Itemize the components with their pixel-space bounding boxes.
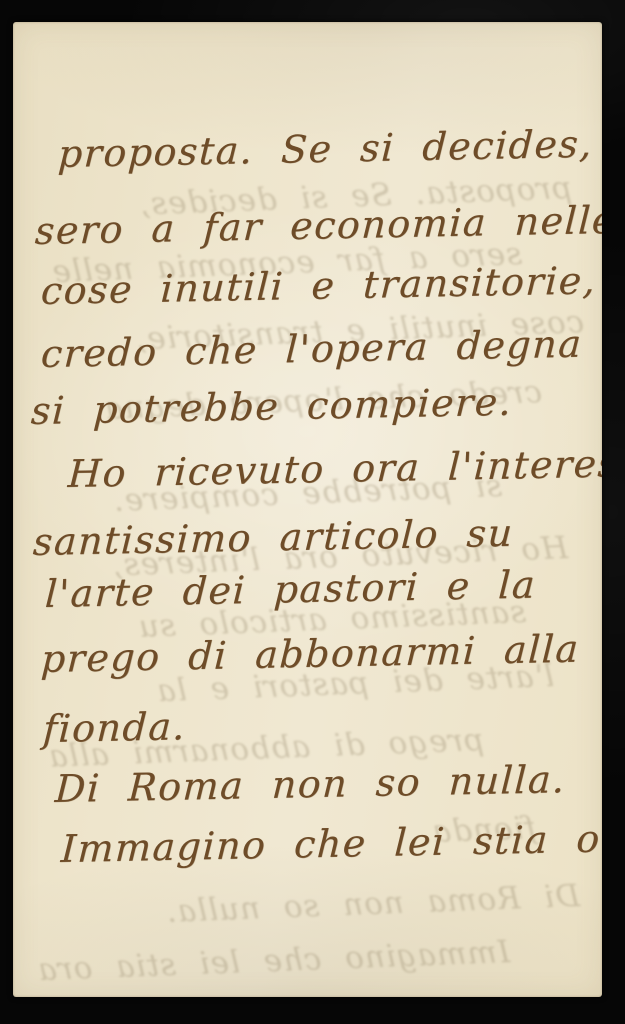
handwritten-line: l'arte dei pastori e la [44,563,537,616]
handwritten-line: Di Roma non so nulla. [54,757,567,811]
handwritten-line: credo che l'opera degna [40,322,584,376]
handwritten-line: prego di abbonarmi alla [40,627,581,681]
letter-photograph: proposta. Se si decides,sero a far econo… [0,0,625,1024]
handwritten-line: santissimo articolo su [32,511,515,564]
handwritten-line: proposta. Se si decides, [57,122,594,176]
handwritten-line: cose inutili e transitorie, [40,258,598,313]
letter-paper: proposta. Se si decides,sero a far econo… [13,22,602,997]
handwritten-line: fionda. [42,704,187,751]
handwritten-line: sero a far economia nelle [34,198,602,253]
ink-layer: proposta. Se si decides,sero a far econo… [13,22,602,997]
handwritten-line: Immagino che lei stia ora [60,816,602,871]
handwritten-line: Ho ricevuto ora l'interes, [67,441,602,496]
handwritten-line: si potrebbe compiere. [30,380,514,433]
